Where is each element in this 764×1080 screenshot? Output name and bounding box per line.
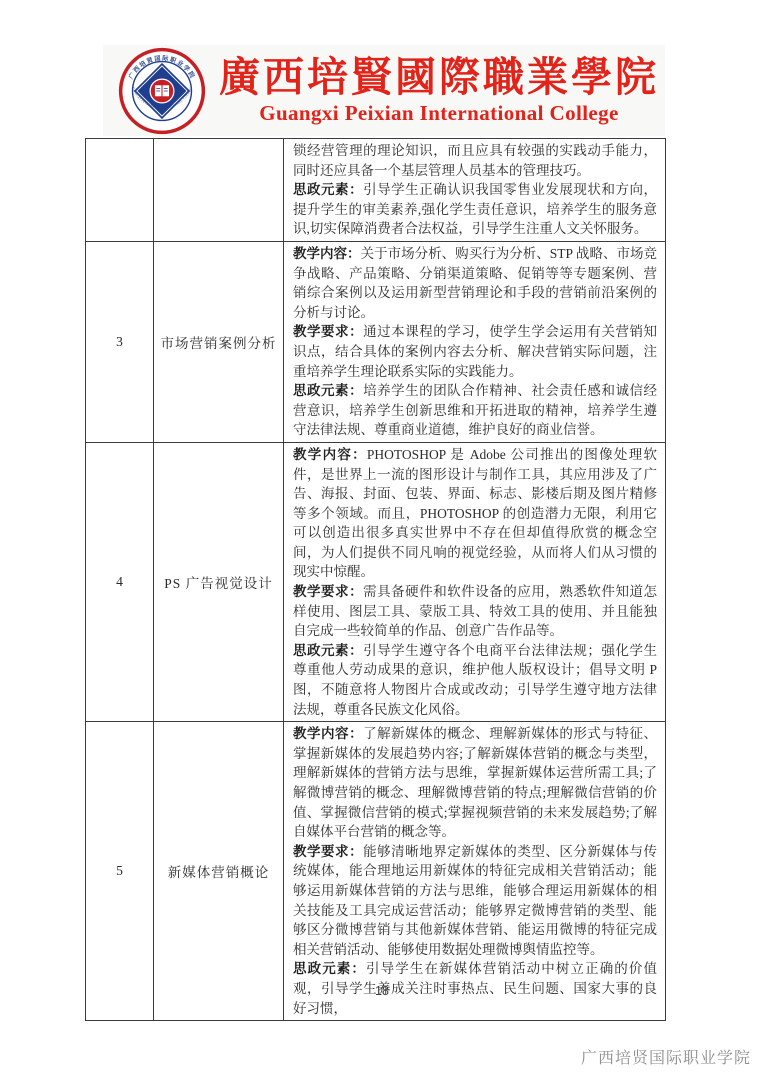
content-cell: 教学内容：PHOTOSHOP 是 Adobe 公司推出的图像处理软件，是世界上一… <box>284 442 666 721</box>
course-name: 新媒体营销概论 <box>154 722 284 1021</box>
paragraph-text: PHOTOSHOP 是 Adobe 公司推出的图像处理软件，是世界上一流的图形设… <box>293 447 657 580</box>
table-row: 5 新媒体营销概论 教学内容：了解新媒体的概念、理解新媒体的形式与特征、掌握新媒… <box>86 722 666 1021</box>
paragraph: 教学内容：PHOTOSHOP 是 Adobe 公司推出的图像处理软件，是世界上一… <box>293 445 657 582</box>
page-header: 广西培贤国际职业学院 GUANGXI PEIXIAN INTERNATIONAL… <box>103 45 665 136</box>
course-table: 锁经营管理的理论知识，而且应具有较强的实践动手能力，同时还应具备一个基层管理人员… <box>85 138 666 1021</box>
paragraph-label: 教学要求： <box>293 844 363 859</box>
paragraph-label: 教学内容： <box>293 246 361 261</box>
paragraph-label: 教学内容： <box>293 726 363 741</box>
table-row: 锁经营管理的理论知识，而且应具有较强的实践动手能力，同时还应具备一个基层管理人员… <box>86 139 666 242</box>
content-cell: 教学内容：关于市场分析、购买行为分析、STP 战略、市场竞争战略、产品策略、分销… <box>284 241 666 442</box>
paragraph: 思政元素：培养学生的团队合作精神、社会责任感和诚信经营意识，培养学生创新思维和开… <box>293 381 657 440</box>
row-number: 5 <box>86 722 154 1021</box>
paragraph-text: 锁经营管理的理论知识，而且应具有较强的实践动手能力，同时还应具备一个基层管理人员… <box>293 143 657 178</box>
college-seal-icon: 广西培贤国际职业学院 GUANGXI PEIXIAN INTERNATIONAL… <box>107 47 217 135</box>
paragraph: 教学要求：通过本课程的学习，使学生学会运用有关营销知识点，结合具体的案例内容去分… <box>293 322 657 381</box>
paragraph-label: 教学内容： <box>293 447 367 462</box>
college-title-block: 廣西培賢國際職業學院 Guangxi Peixian International… <box>215 45 663 136</box>
table-row: 3 市场营销案例分析 教学内容：关于市场分析、购买行为分析、STP 战略、市场竞… <box>86 241 666 442</box>
row-number <box>86 139 154 242</box>
paragraph: 教学内容：了解新媒体的概念、理解新媒体的形式与特征、掌握新媒体的发展趋势内容;了… <box>293 724 657 842</box>
paragraph-label: 思政元素： <box>293 961 366 976</box>
course-name: PS 广告视觉设计 <box>154 442 284 721</box>
page-number: 18 <box>0 984 764 998</box>
row-number: 4 <box>86 442 154 721</box>
college-logo: 广西培贤国际职业学院 GUANGXI PEIXIAN INTERNATIONAL… <box>107 47 217 135</box>
paragraph-label: 教学要求： <box>293 584 363 599</box>
paragraph-label: 思政元素： <box>293 182 363 197</box>
paragraph: 锁经营管理的理论知识，而且应具有较强的实践动手能力，同时还应具备一个基层管理人员… <box>293 141 657 180</box>
content-cell: 锁经营管理的理论知识，而且应具有较强的实践动手能力，同时还应具备一个基层管理人员… <box>284 139 666 242</box>
course-name <box>154 139 284 242</box>
footer-watermark: 广西培贤国际职业学院 <box>581 1045 751 1068</box>
paragraph-label: 思政元素： <box>293 643 363 658</box>
paragraph-text: 了解新媒体的概念、理解新媒体的形式与特征、掌握新媒体的发展趋势内容;了解新媒体营… <box>293 726 657 839</box>
paragraph-label: 思政元素： <box>293 383 363 398</box>
paragraph-label: 教学要求： <box>293 324 363 339</box>
paragraph-text: 能够清晰地界定新媒体的类型、区分新媒体与传统媒体，能合理地运用新媒体的特征完成相… <box>293 844 657 957</box>
paragraph: 教学内容：关于市场分析、购买行为分析、STP 战略、市场竞争战略、产品策略、分销… <box>293 244 657 322</box>
paragraph: 教学要求：需具备硬件和软件设备的应用，熟悉软件知道怎样使用、图层工具、蒙版工具、… <box>293 582 657 641</box>
college-name-en: Guangxi Peixian International College <box>215 101 663 125</box>
paragraph: 思政元素：引导学生正确认识我国零售业发展现状和方向，提升学生的审美素养,强化学生… <box>293 180 657 239</box>
college-name-zh: 廣西培賢國際職業學院 <box>215 53 663 101</box>
content-cell: 教学内容：了解新媒体的概念、理解新媒体的形式与特征、掌握新媒体的发展趋势内容;了… <box>284 722 666 1021</box>
paragraph: 思政元素：引导学生遵守各个电商平台法律法规；强化学生尊重他人劳动成果的意识，维护… <box>293 641 657 719</box>
table-row: 4 PS 广告视觉设计 教学内容：PHOTOSHOP 是 Adobe 公司推出的… <box>86 442 666 721</box>
course-name: 市场营销案例分析 <box>154 241 284 442</box>
book-icon <box>155 85 169 96</box>
row-number: 3 <box>86 241 154 442</box>
paragraph: 教学要求：能够清晰地界定新媒体的类型、区分新媒体与传统媒体，能合理地运用新媒体的… <box>293 842 657 960</box>
document-page: 广西培贤国际职业学院 GUANGXI PEIXIAN INTERNATIONAL… <box>0 0 764 1080</box>
